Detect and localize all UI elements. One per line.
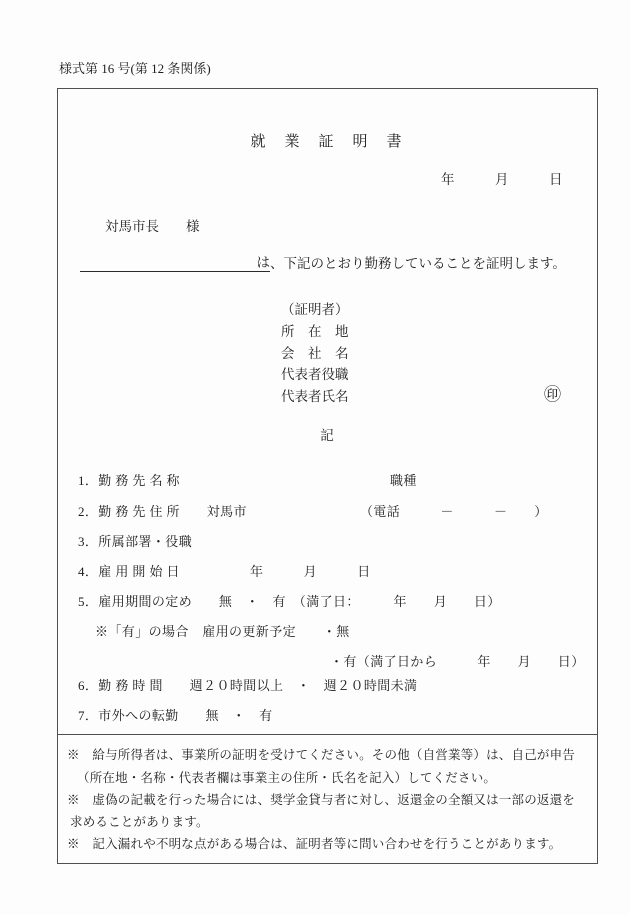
item-6-working-hours: 6．勤 務 時 間 週２０時間以上 ・ 週２０時間未満 bbox=[78, 675, 417, 694]
certifier-address-label: 所 在 地 bbox=[281, 320, 349, 340]
item-5-renewal-date: ・有（満了日から 年 月 日） bbox=[330, 651, 585, 670]
item-2-workplace-address: 2．勤 務 先 住 所 対馬市 bbox=[78, 501, 247, 520]
item-1-workplace-name: 1．勤 務 先 名 称 bbox=[78, 470, 180, 489]
note-line-3: ※ 虚偽の記載を行った場合には、奨学金貸与者に対し、返還金の全額又は一部の返還を bbox=[67, 790, 575, 808]
item-1-occupation-label: 職種 bbox=[390, 470, 417, 489]
certifier-header: （証明者） bbox=[281, 298, 349, 318]
certifier-company-label: 会 社 名 bbox=[281, 342, 349, 362]
item-2-phone-field: （電話 － － ） bbox=[360, 501, 548, 520]
note-line-2: （所在地・名称・代表者欄は事業主の住所・氏名を記入）してください。 bbox=[77, 768, 496, 786]
item-7-transfer-outside-city: 7．市外への転勤 無 ・ 有 bbox=[78, 705, 273, 724]
form-number: 様式第 16 号(第 12 条関係) bbox=[59, 58, 211, 77]
date-line: 年 月 日 bbox=[441, 168, 563, 188]
name-blank-underline: は bbox=[80, 251, 270, 272]
item-4-employment-start-date: 4．雇 用 開 始 日 bbox=[78, 561, 180, 580]
note-line-5: ※ 記入漏れや不明な点がある場合は、証明者等に問い合わせを行うことがあります。 bbox=[67, 834, 561, 852]
item-5-employment-term: 5．雇用期間の定め 無 ・ 有 （満了日： 年 月 日） bbox=[78, 591, 501, 610]
certify-statement-text: 、下記のとおり勤務していることを証明します。 bbox=[270, 256, 566, 271]
section-marker-ki: 記 bbox=[57, 424, 597, 444]
item-4-date-blanks: 年 月 日 bbox=[250, 561, 371, 580]
note-line-4: 求めることがあります。 bbox=[70, 812, 209, 830]
note-line-1: ※ 給与所得者は、事業所の証明を受けてください。その他（自営業等）は、自己が申告 bbox=[67, 745, 575, 763]
document-page: 様式第 16 号(第 12 条関係) 就 業 証 明 書 年 月 日 対馬市長 … bbox=[0, 0, 630, 915]
certifier-rep-title-label: 代表者役職 bbox=[281, 363, 349, 383]
addressee-mayor: 対馬市長 様 bbox=[105, 215, 200, 235]
item-5-renewal-plan: ※「有」の場合 雇用の更新予定 ・無 bbox=[95, 621, 350, 640]
certifier-rep-name-label: 代表者氏名 bbox=[281, 385, 349, 405]
item-3-department-position: 3．所属部署・役職 bbox=[78, 531, 192, 550]
notes-divider-line bbox=[57, 734, 597, 735]
certify-statement: は、下記のとおり勤務していることを証明します。 bbox=[80, 251, 566, 272]
seal-mark-icon: ㊞ bbox=[544, 380, 561, 405]
document-title: 就 業 証 明 書 bbox=[57, 130, 597, 151]
